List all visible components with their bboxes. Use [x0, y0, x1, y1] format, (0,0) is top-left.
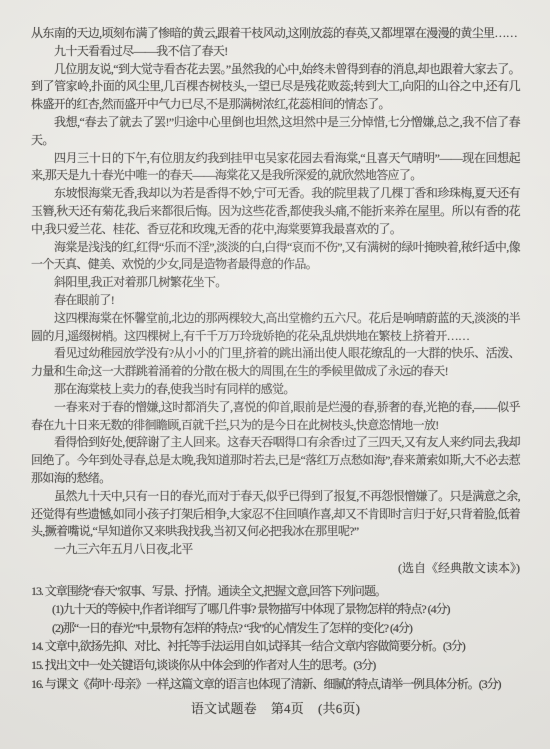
question-sub-item: (2)那“一日的春光”中,景物有怎样的特点? “我”的心情发生了怎样的变化? (… [31, 619, 520, 638]
footer-page-number: 第4页 [271, 701, 304, 716]
text-block: 从东南的天边,顷刻布满了惨暗的黄云,跟着干枝风动,这刚放蕊的春英,又都埋罩在漫漫… [31, 25, 520, 717]
footer-exam-title: 语文试题卷 [191, 701, 257, 716]
essay-paragraph: 从东南的天边,顷刻布满了惨暗的黄云,跟着干枝风动,这刚放蕊的春英,又都埋罩在漫漫… [31, 25, 520, 43]
essay-paragraph: 春在眼前了! [31, 292, 520, 310]
essay-paragraph: 九十天看看过尽——我不信了春天! [31, 43, 520, 61]
essay-paragraph: 看见过幼稚园放学没有?从小小的门里,挤着的跳出涌出使人眼花缭乱的一大群的快乐、活… [31, 345, 520, 381]
page-footer: 语文试题卷第4页(共6页) [31, 698, 520, 717]
question-item: 14. 文章中,欲扬先抑、对比、衬托等手法运用自如,试择其一结合文章内容做简要分… [31, 637, 520, 656]
essay-paragraph: 一春来对于春的憎嫌,这时都消失了,喜悦的仰首,眼前是烂漫的春,骄奢的春,光艳的春… [31, 399, 520, 435]
exam-scan-page: 从东南的天边,顷刻布满了惨暗的黄云,跟着干枝风动,这刚放蕊的春英,又都埋罩在漫漫… [0, 0, 550, 749]
essay-paragraph: 那在海棠枝上卖力的春,使我当时有同样的感觉。 [31, 381, 520, 399]
essay-paragraph: 海棠是浅浅的红,红得“乐而不淫”,淡淡的白,白得“哀而不伤”,又有满树的绿叶掩映… [31, 239, 520, 275]
essay-paragraph: 几位朋友说,“到大觉寺看杏花去罢。”虽然我的心中,始终未曾得到春的消息,却也跟着… [31, 61, 520, 114]
essay-body: 从东南的天边,顷刻布满了惨暗的黄云,跟着干枝风动,这刚放蕊的春英,又都埋罩在漫漫… [31, 25, 520, 541]
essay-date-line: 一九三六年五月八日夜,北平 [31, 541, 520, 559]
essay-paragraph: 虽然九十天中,只有一日的春光,而对于春天,似乎已得到了报复,不再怨恨憎嫌了。只是… [31, 488, 520, 541]
question-list: 13. 文章围绕“春天”叙事、写景、抒情。通读全文,把握文意,回答下列问题。(1… [31, 582, 520, 694]
essay-attribution: (选自《经典散文读本》) [31, 560, 520, 578]
essay-paragraph: 东坡恨海棠无香,我却以为若是香得不妙,宁可无香。我的院里栽了几棵丁香和珍珠梅,夏… [31, 185, 520, 238]
question-item: 15. 找出文中一处关键语句,谈谈你从中体会到的作者对人生的思考。(3分) [31, 656, 520, 675]
question-item: 13. 文章围绕“春天”叙事、写景、抒情。通读全文,把握文意,回答下列问题。 [31, 582, 520, 601]
footer-total-pages: (共6页) [318, 701, 360, 716]
essay-paragraph: 我想,“春去了就去了罢!”归途中心里倒也坦然,这坦然中是三分悼惜,七分憎嫌,总之… [31, 114, 520, 150]
question-item: 16. 与课文《荷叶·母亲》一样,这篇文章的语言也体现了清新、细腻的特点,请举一… [31, 675, 520, 694]
essay-paragraph: 看得恰到好处,便辞谢了主人回来。这春天吞咽得口有余香!过了三四天,又有友人来约同… [31, 434, 520, 487]
essay-paragraph: 这四棵海棠在怀馨堂前,北边的那两棵较大,高出堂檐约五六尺。花后是响晴蔚蓝的天,淡… [31, 310, 520, 346]
essay-paragraph: 四月三十日的下午,有位朋友约我到挂甲屯吴家花园去看海棠,“且喜天气晴明”——现在… [31, 150, 520, 186]
essay-paragraph: 斜阳里,我正对着那几树繁花坐下。 [31, 274, 520, 292]
question-sub-item: (1)九十天的等候中,作者详细写了哪几件事? 景物描写中体现了景物怎样的特点? … [31, 600, 520, 619]
